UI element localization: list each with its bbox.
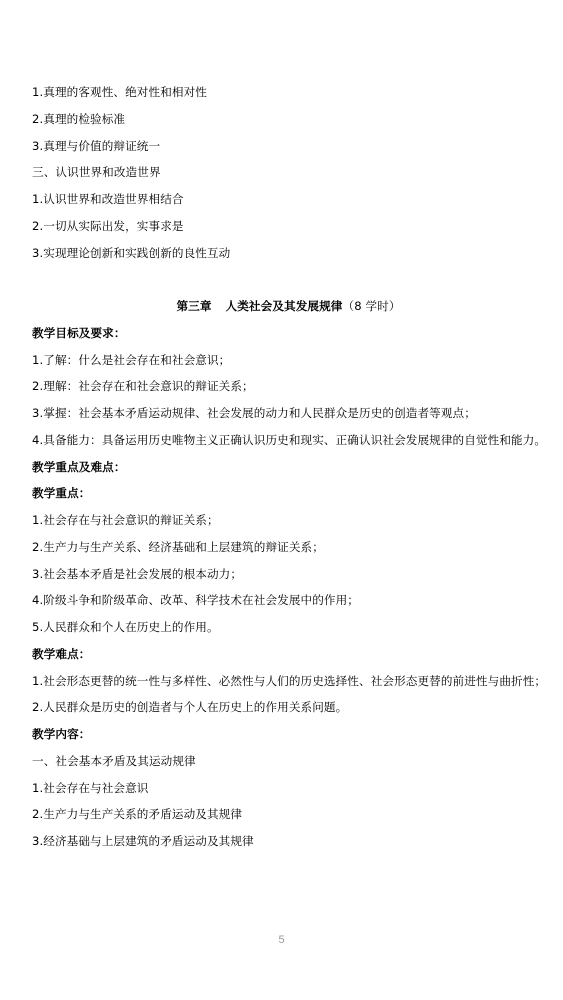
list-item: 1.社会形态更替的统一性与多样性、必然性与人们的历史选择性、社会形态更替的前进性… [8,668,557,695]
focus-heading: 教学重点： [8,480,557,507]
list-item: 1.社会存在与社会意识 [8,775,557,802]
chapter-title: 第三章人类社会及其发展规律（8 学时） [8,293,557,320]
list-item: 2.一切从实际出发，实事求是 [8,213,557,240]
content-heading: 教学内容： [8,721,557,748]
list-item: 3.经济基础与上层建筑的矛盾运动及其规律 [8,828,557,855]
list-item: 2.生产力与生产关系的矛盾运动及其规律 [8,801,557,828]
list-item: 3.社会基本矛盾是社会发展的根本动力； [8,561,557,588]
list-item: 3.掌握：社会基本矛盾运动规律、社会发展的动力和人民群众是历史的创造者等观点； [8,400,557,427]
list-item: 5.人民群众和个人在历史上的作用。 [8,614,557,641]
page-number: 5 [0,934,563,946]
blank-line [8,266,557,293]
list-item: 1.认识世界和改造世界相结合 [8,186,557,213]
key-points-heading: 教学重点及难点： [8,454,557,481]
list-item: 2.生产力与生产关系、经济基础和上层建筑的辩证关系； [8,534,557,561]
difficulty-heading: 教学难点： [8,641,557,668]
list-item: 2.人民群众是历史的创造者与个人在历史上的作用关系问题。 [8,694,557,721]
list-item: 2.真理的检验标准 [8,106,557,133]
list-item: 3.实现理论创新和实践创新的良性互动 [8,240,557,267]
chapter-name: 人类社会及其发展规律 [226,299,343,313]
list-item: 1.了解：什么是社会存在和社会意识； [8,347,557,374]
section-heading: 三、认识世界和改造世界 [8,159,557,186]
list-item: 1.社会存在与社会意识的辩证关系； [8,507,557,534]
chapter-number: 第三章 [176,299,211,313]
list-item: 3.真理与价值的辩证统一 [8,133,557,160]
chapter-hours: （8 学时） [343,299,401,313]
list-item: 4.阶级斗争和阶级革命、改革、科学技术在社会发展中的作用； [8,587,557,614]
list-item: 4.具备能力：具备运用历史唯物主义正确认识历史和现实、正确认识社会发展规律的自觉… [8,427,557,454]
list-item: 2.理解：社会存在和社会意识的辩证关系； [8,373,557,400]
document-page: 1.真理的客观性、绝对性和相对性 2.真理的检验标准 3.真理与价值的辩证统一 … [8,79,557,855]
objectives-heading: 教学目标及要求： [8,320,557,347]
list-item: 1.真理的客观性、绝对性和相对性 [8,79,557,106]
section-heading: 一、社会基本矛盾及其运动规律 [8,748,557,775]
